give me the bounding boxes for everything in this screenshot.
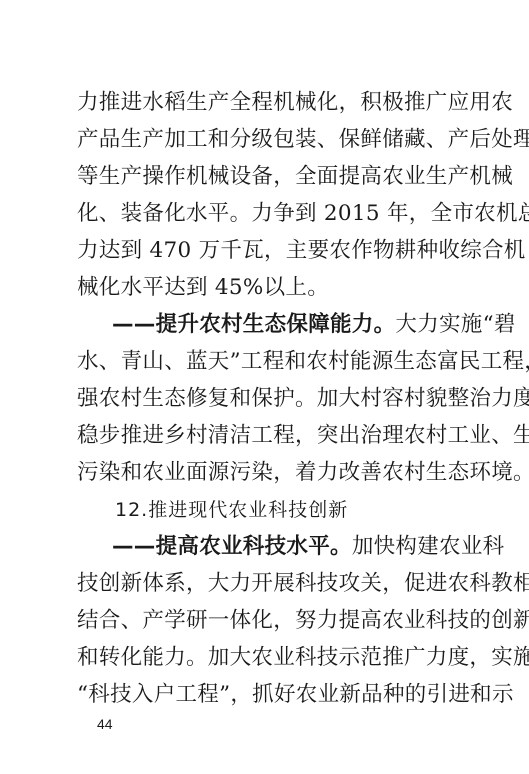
paragraph-line: 水、青山、蓝天”工程和农村能源生态富民工程，加	[77, 347, 455, 377]
paragraph-line: 和转化能力。加大农业科技示范推广力度，实施	[77, 643, 455, 673]
paragraph-line: 产品生产加工和分级包装、保鲜储藏、产后处理	[77, 125, 455, 155]
paragraph-line: 结合、产学研一体化，努力提高农业科技的创新	[77, 606, 455, 636]
paragraph-line: 强农村生态修复和保护。加大村容村貌整治力度，	[77, 384, 455, 414]
section-lead-rest: 大力实施“碧	[395, 312, 515, 337]
document-page: 力推进水稻生产全程机械化，积极推广应用农 产品生产加工和分级包装、保鲜储藏、产后…	[0, 0, 529, 774]
section-lead-line: ——提升农村生态保障能力。大力实施“碧	[112, 310, 455, 340]
section-heading: 12.推进现代农业科技创新	[115, 497, 348, 523]
paragraph-line: 稳步推进乡村清洁工程，突出治理农村工业、生活	[77, 421, 455, 451]
section-lead-rest: 加快构建农业科	[352, 534, 505, 559]
paragraph-line: 污染和农业面源污染，着力改善农村生态环境。	[77, 458, 455, 488]
paragraph-line: 力达到 470 万千瓦，主要农作物耕种收综合机	[77, 236, 455, 266]
paragraph-line: 械化水平达到 45%以上。	[77, 273, 455, 303]
paragraph-line: 技创新体系，大力开展科技攻关，促进农科教相	[77, 569, 455, 599]
section-lead-bold: ——提高农业科技水平。	[112, 534, 352, 559]
paragraph-line: 力推进水稻生产全程机械化，积极推广应用农	[77, 88, 455, 118]
paragraph-line: 化、装备化水平。力争到 2015 年，全市农机总动	[77, 199, 455, 229]
page-number: 44	[97, 716, 113, 732]
paragraph-line: “科技入户工程”，抓好农业新品种的引进和示	[77, 680, 455, 710]
section-lead-bold: ——提升农村生态保障能力。	[112, 312, 395, 337]
section-lead-line: ——提高农业科技水平。加快构建农业科	[112, 532, 455, 562]
paragraph-line: 等生产操作机械设备，全面提高农业生产机械	[77, 162, 455, 192]
